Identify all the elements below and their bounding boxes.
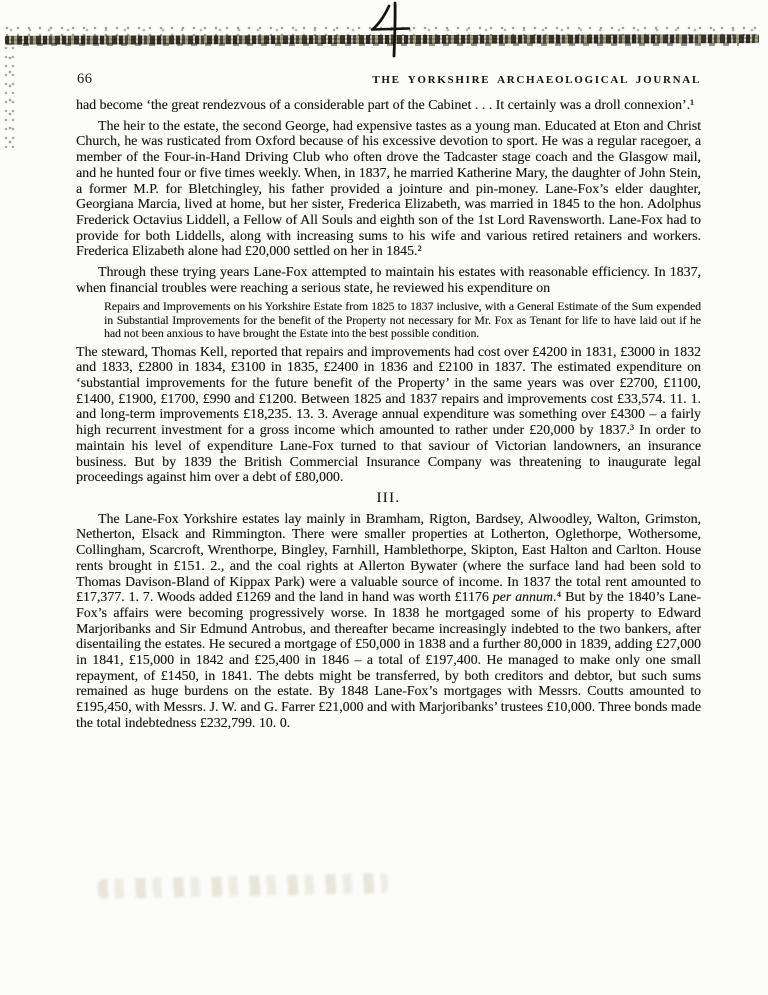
paragraph-estates: The Lane-Fox Yorkshire estates lay mainl… <box>76 512 701 732</box>
article-body: had become ‘the great rendezvous of a co… <box>76 98 701 732</box>
bleedthrough-ghost-text <box>98 873 388 899</box>
handwritten-mark-icon <box>368 1 420 59</box>
paragraph-heir: The heir to the estate, the second Georg… <box>76 119 701 260</box>
section-heading: III. <box>76 491 701 507</box>
italic-text: per annum <box>493 590 553 605</box>
paragraph-steward: The steward, Thomas Kell, reported that … <box>76 345 701 486</box>
blockquote-repairs-estimate: Repairs and Improvements on his Yorkshir… <box>104 300 701 340</box>
scan-noise-left-edge <box>4 36 15 148</box>
page-number: 66 <box>77 71 93 88</box>
journal-title: THE YORKSHIRE ARCHAEOLOGICAL JOURNAL <box>372 74 701 86</box>
scanned-journal-page: 66 THE YORKSHIRE ARCHAEOLOGICAL JOURNAL … <box>0 0 768 995</box>
running-head: 66 THE YORKSHIRE ARCHAEOLOGICAL JOURNAL <box>77 71 701 88</box>
text-segment: .⁴ But by the 1840’s Lane-Fox’s affairs … <box>76 590 701 731</box>
paragraph-trying-years: Through these trying years Lane-Fox atte… <box>76 265 701 296</box>
paragraph-cabinet: had become ‘the great rendezvous of a co… <box>76 98 701 114</box>
